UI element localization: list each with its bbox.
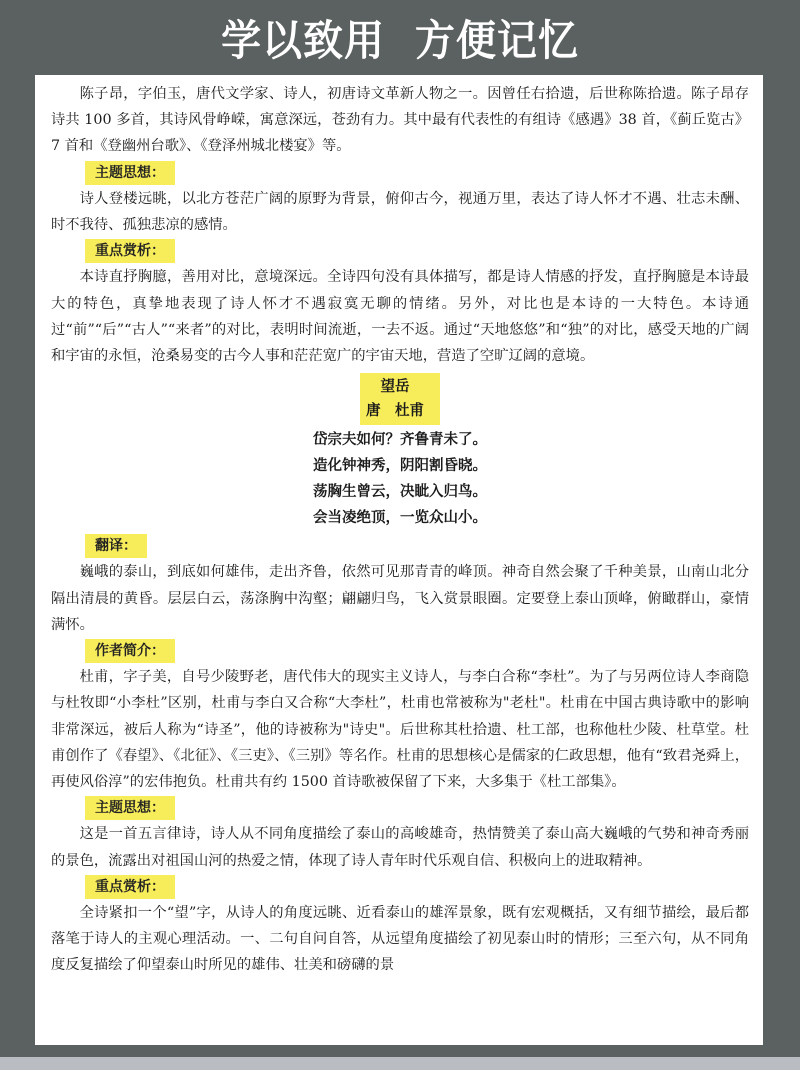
poem-header: 望岳 唐 杜甫 — [360, 373, 440, 425]
poem-line: 岱宗夫如何？齐鲁青未了。 — [51, 427, 749, 453]
author-heading: 作者简介： — [85, 639, 175, 663]
poem-author: 唐 杜甫 — [366, 399, 424, 423]
chen-ziang-intro: 陈子昂，字伯玉，唐代文学家、诗人，初唐诗文革新人物之一。因曾任右拾遗，后世称陈拾… — [51, 81, 749, 160]
analysis-text: 本诗直抒胸臆，善用对比，意境深远。全诗四句没有具体描写，都是诗人情感的抒发，直抒… — [51, 264, 749, 369]
analysis-heading-2: 重点赏析： — [85, 875, 175, 899]
poem-line: 荡胸生曾云，决眦入归鸟。 — [51, 479, 749, 505]
bottom-strip — [0, 1057, 800, 1070]
heading-row: 作者简介： — [51, 638, 749, 664]
theme-heading: 主题思想： — [85, 161, 175, 185]
heading-row: 重点赏析： — [51, 874, 749, 900]
theme-text: 诗人登楼远眺，以北方苍茫广阔的原野为背景，俯仰古今，视通万里，表达了诗人怀才不遇… — [51, 186, 749, 238]
author-text: 杜甫，字子美，自号少陵野老，唐代伟大的现实主义诗人，与李白合称“李杜”。为了与另… — [51, 664, 749, 795]
heading-row: 主题思想： — [51, 160, 749, 186]
theme-text-2: 这是一首五言律诗，诗人从不同角度描绘了泰山的高峻雄奇，热情赞美了泰山高大巍峨的气… — [51, 821, 749, 873]
poem-line: 会当凌绝顶，一览众山小。 — [51, 505, 749, 531]
translation-heading: 翻译： — [85, 534, 147, 558]
poem-lines: 岱宗夫如何？齐鲁青未了。 造化钟神秀，阴阳割昏晓。 荡胸生曾云，决眦入归鸟。 会… — [51, 427, 749, 531]
document-page: 陈子昂，字伯玉，唐代文学家、诗人，初唐诗文革新人物之一。因曾任右拾遗，后世称陈拾… — [35, 75, 763, 1045]
poem-block: 望岳 唐 杜甫 岱宗夫如何？齐鲁青未了。 造化钟神秀，阴阳割昏晓。 荡胸生曾云，… — [51, 373, 749, 531]
heading-row: 重点赏析： — [51, 238, 749, 264]
poem-line: 造化钟神秀，阴阳割昏晓。 — [51, 453, 749, 479]
translation-text: 巍峨的泰山，到底如何雄伟，走出齐鲁，依然可见那青青的峰顶。神奇自然会聚了千种美景… — [51, 559, 749, 638]
banner: 学以致用 方便记忆 — [0, 0, 800, 75]
theme-heading-2: 主题思想： — [85, 796, 175, 820]
analysis-text-2: 全诗紧扣一个“望”字，从诗人的角度远眺、近看泰山的雄浑景象，既有宏观概括，又有细… — [51, 900, 749, 979]
banner-title: 学以致用 方便记忆 — [221, 8, 579, 68]
document-content: 陈子昂，字伯玉，唐代文学家、诗人，初唐诗文革新人物之一。因曾任右拾遗，后世称陈拾… — [35, 75, 763, 979]
heading-row: 主题思想： — [51, 795, 749, 821]
poem-title: 望岳 — [366, 375, 424, 399]
analysis-heading: 重点赏析： — [85, 239, 175, 263]
heading-row: 翻译： — [51, 533, 749, 559]
